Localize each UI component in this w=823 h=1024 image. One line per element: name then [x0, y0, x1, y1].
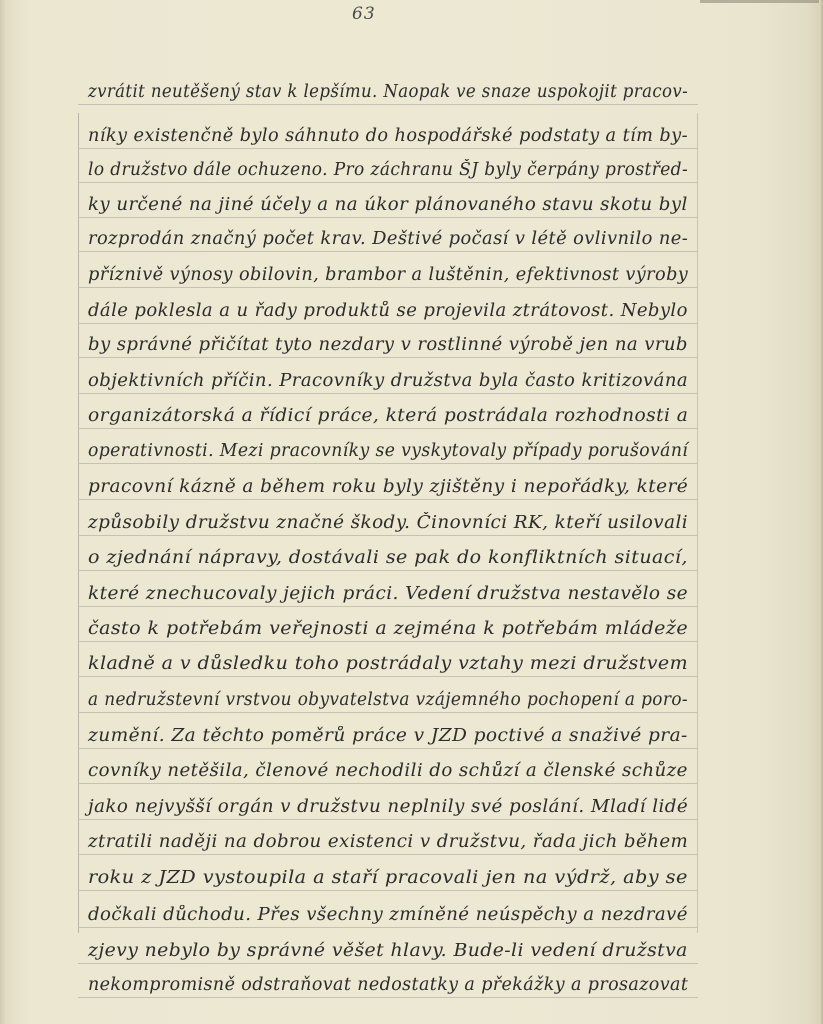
- handwritten-line-text: nekompromisně odstraňovat nedostatky a p…: [88, 975, 688, 995]
- handwritten-line: rozprodán značný počet krav. Deštivé poč…: [78, 216, 698, 252]
- handwritten-line-text: dále poklesla a u řady produktů se proje…: [88, 301, 688, 321]
- handwritten-line: nekompromisně odstraňovat nedostatky a p…: [78, 962, 698, 998]
- handwritten-line: dále poklesla a u řady produktů se proje…: [78, 288, 698, 324]
- handwritten-line: lo družstvo dále ochuzeno. Pro záchranu …: [78, 147, 698, 183]
- handwritten-line-text: rozprodán značný počet krav. Deštivé poč…: [88, 229, 688, 249]
- handwritten-line-text: dočkali důchodu. Přes všechny zmíněné ne…: [88, 905, 688, 925]
- handwritten-line-text: zjevy nebylo by správné věšet hlavy. Bud…: [88, 941, 688, 961]
- handwritten-line: o zjednání nápravy, dostávali se pak do …: [78, 535, 698, 571]
- handwritten-line-text: jako nejvyšší orgán v družstvu neplnily …: [88, 797, 688, 817]
- handwritten-line-text: organizátorská a řídicí práce, která pos…: [88, 406, 688, 426]
- handwritten-line: zumění. Za těchto poměrů práce v JZD poc…: [78, 713, 698, 749]
- handwritten-line-text: operativnosti. Mezi pracovníky se vyskyt…: [88, 441, 688, 461]
- handwritten-line: a nedružstevní vrstvou obyvatelstva vzáj…: [78, 677, 698, 713]
- handwritten-line: organizátorská a řídicí práce, která pos…: [78, 393, 698, 429]
- handwritten-line: zvrátit neutěšený stav k lepšímu. Naopak…: [78, 69, 698, 105]
- handwritten-line: kladně a v důsledku toho postrádaly vzta…: [78, 641, 698, 677]
- handwritten-line: operativnosti. Mezi pracovníky se vyskyt…: [78, 428, 698, 464]
- handwritten-line: dočkali důchodu. Přes všechny zmíněné ne…: [78, 892, 698, 928]
- handwritten-line: jako nejvyšší orgán v družstvu neplnily …: [78, 784, 698, 820]
- handwritten-line: by správné přičítat tyto nezdary v rostl…: [78, 322, 698, 358]
- handwritten-line-text: o zjednání nápravy, dostávali se pak do …: [88, 548, 688, 568]
- page-top-edge: [700, 0, 823, 3]
- handwritten-line: níky existenčně bylo sáhnuto do hospodář…: [78, 113, 698, 149]
- handwritten-line-text: příznivě výnosy obilovin, brambor a lušt…: [88, 265, 688, 285]
- handwritten-line: které znechucovaly jejich práci. Vedení …: [78, 571, 698, 607]
- page-outer-edge: [819, 0, 823, 1024]
- handwritten-line: ky určené na jiné účely a na úkor plánov…: [78, 182, 698, 218]
- handwritten-line-text: zumění. Za těchto poměrů práce v JZD poc…: [88, 726, 688, 746]
- handwritten-line-text: lo družstvo dále ochuzeno. Pro záchranu …: [88, 160, 688, 180]
- handwritten-line-text: a nedružstevní vrstvou obyvatelstva vzáj…: [88, 690, 688, 710]
- handwritten-line: zjevy nebylo by správné věšet hlavy. Bud…: [78, 928, 698, 964]
- handwritten-line: často k potřebám veřejnosti a zejména k …: [78, 606, 698, 642]
- handwritten-line-text: kladně a v důsledku toho postrádaly vzta…: [88, 654, 688, 674]
- page-number: 63: [352, 4, 376, 24]
- handwritten-line: pracovní kázně a během roku byly zjištěn…: [78, 464, 698, 500]
- handwritten-line-text: covníky netěšila, členové nechodili do s…: [88, 761, 688, 781]
- handwritten-line: způsobily družstvu značné škody. Činovní…: [78, 500, 698, 536]
- handwritten-line-text: by správné přičítat tyto nezdary v rostl…: [88, 335, 688, 355]
- handwritten-line-text: pracovní kázně a během roku byly zjištěn…: [88, 477, 688, 497]
- handwritten-line-text: často k potřebám veřejnosti a zejména k …: [88, 619, 688, 639]
- handwritten-line: covníky netěšila, členové nechodili do s…: [78, 748, 698, 784]
- handwritten-line-text: níky existenčně bylo sáhnuto do hospodář…: [88, 126, 688, 146]
- handwritten-line-text: které znechucovaly jejich práci. Vedení …: [88, 584, 688, 604]
- handwritten-line: roku z JZD vystoupila a staří pracovali …: [78, 855, 698, 891]
- page-binding-edge: [0, 0, 6, 1024]
- handwritten-line-text: zvrátit neutěšený stav k lepšímu. Naopak…: [88, 82, 688, 102]
- handwritten-line: příznivě výnosy obilovin, brambor a lušt…: [78, 252, 698, 288]
- handwritten-line-text: roku z JZD vystoupila a staří pracovali …: [88, 868, 688, 888]
- handwritten-line: ztratili naději na dobrou existenci v dr…: [78, 819, 698, 855]
- manuscript-page: 63 zvrátit neutěšený stav k lepšímu. Nao…: [0, 0, 823, 1024]
- handwritten-line-text: způsobily družstvu značné škody. Činovní…: [88, 513, 688, 533]
- handwritten-line-text: ztratili naději na dobrou existenci v dr…: [88, 832, 688, 852]
- handwritten-line: objektivních příčin. Pracovníky družstva…: [78, 358, 698, 394]
- handwritten-line-text: ky určené na jiné účely a na úkor plánov…: [88, 195, 688, 215]
- handwritten-line-text: objektivních příčin. Pracovníky družstva…: [88, 371, 688, 391]
